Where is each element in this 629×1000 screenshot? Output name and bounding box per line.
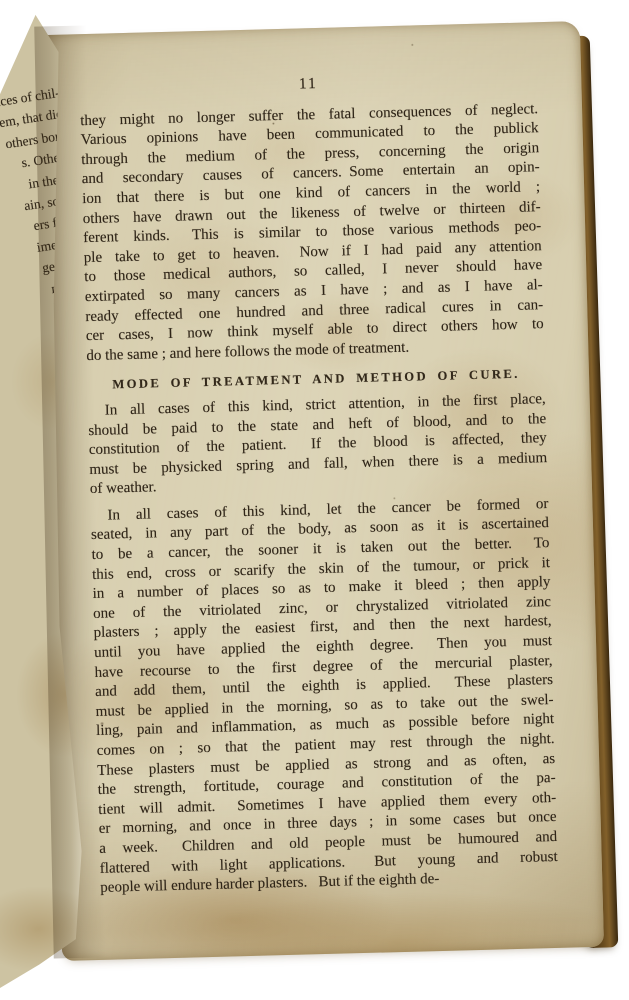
paragraph-treatment-method: In all cases of this kind, let the cance… — [90, 495, 558, 899]
paragraph-treatment-intro: In all cases of this kind, strict attent… — [88, 390, 548, 500]
paragraph-continuation: they might no longer suffer the fatal co… — [80, 100, 545, 367]
book-page: 11 they might no longer suffer the fatal… — [38, 21, 604, 961]
page-number: 11 — [79, 68, 537, 100]
page-content: 11 they might no longer suffer the fatal… — [38, 21, 602, 900]
book-photograph: 11 they might no longer suffer the fatal… — [0, 0, 629, 1000]
